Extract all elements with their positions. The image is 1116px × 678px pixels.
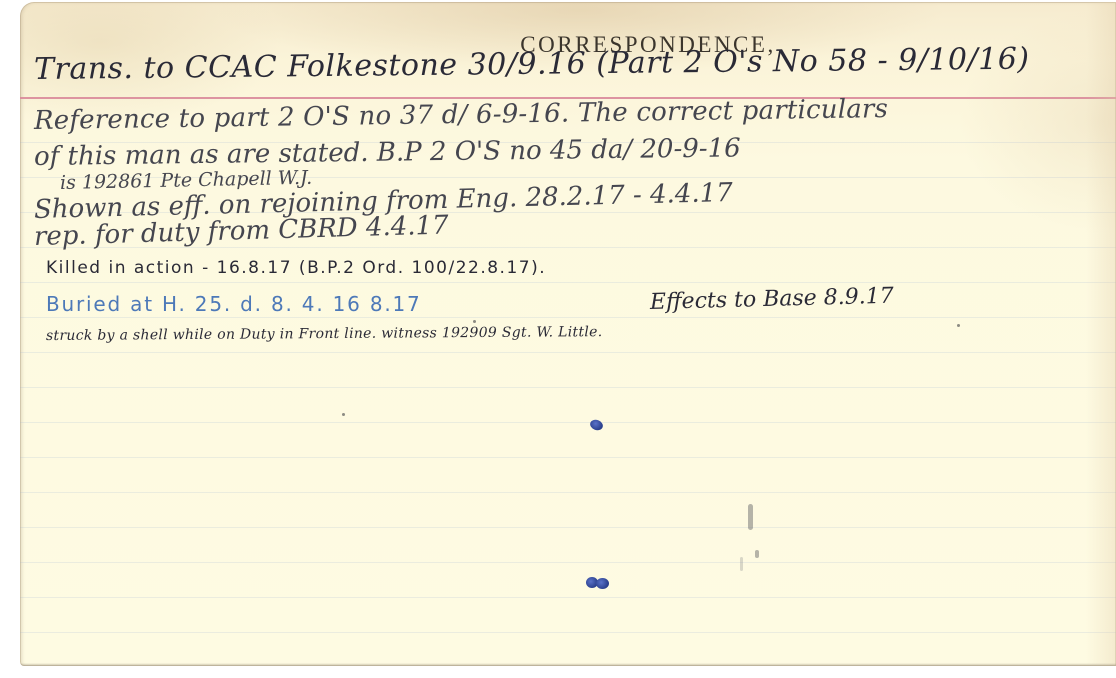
pencil-smudge (740, 557, 743, 571)
ruling-line (20, 562, 1116, 563)
entry-circumstances: struck by a shell while on Duty in Front… (46, 324, 603, 344)
entry-killed-in-action: Killed in action - 16.8.17 (B.P.2 Ord. 1… (46, 258, 546, 278)
scanned-document: CORRESPONDENCE, Trans. to CCAC Folkeston… (0, 0, 1116, 678)
ink-speck (342, 413, 345, 416)
pencil-smudge (748, 504, 753, 530)
ruling-line (20, 457, 1116, 458)
ink-speck (957, 324, 960, 327)
ruling-line (20, 352, 1116, 353)
entry-burial: Buried at H. 25. d. 8. 4. 16 8.17 (46, 292, 422, 316)
ruling-line (20, 317, 1116, 318)
entry-particulars: of this man as are stated. B.P 2 O'S no … (34, 133, 741, 172)
ink-blot (596, 578, 609, 589)
ink-speck (473, 320, 476, 323)
record-card: CORRESPONDENCE, Trans. to CCAC Folkeston… (20, 2, 1116, 666)
ruling-line (20, 422, 1116, 423)
pencil-smudge (755, 550, 759, 558)
ruling-line (20, 527, 1116, 528)
card-bottom-edge (20, 663, 1116, 666)
entry-effects: Effects to Base 8.9.17 (650, 284, 894, 315)
ruling-line (20, 597, 1116, 598)
paper-aging-shade (1086, 2, 1116, 666)
ink-blot (589, 418, 605, 432)
ruling-line (20, 282, 1116, 283)
ruling-line (20, 492, 1116, 493)
ruling-line (20, 387, 1116, 388)
entry-reference: Reference to part 2 O'S no 37 d/ 6-9-16.… (34, 94, 889, 136)
ruling-line (20, 632, 1116, 633)
